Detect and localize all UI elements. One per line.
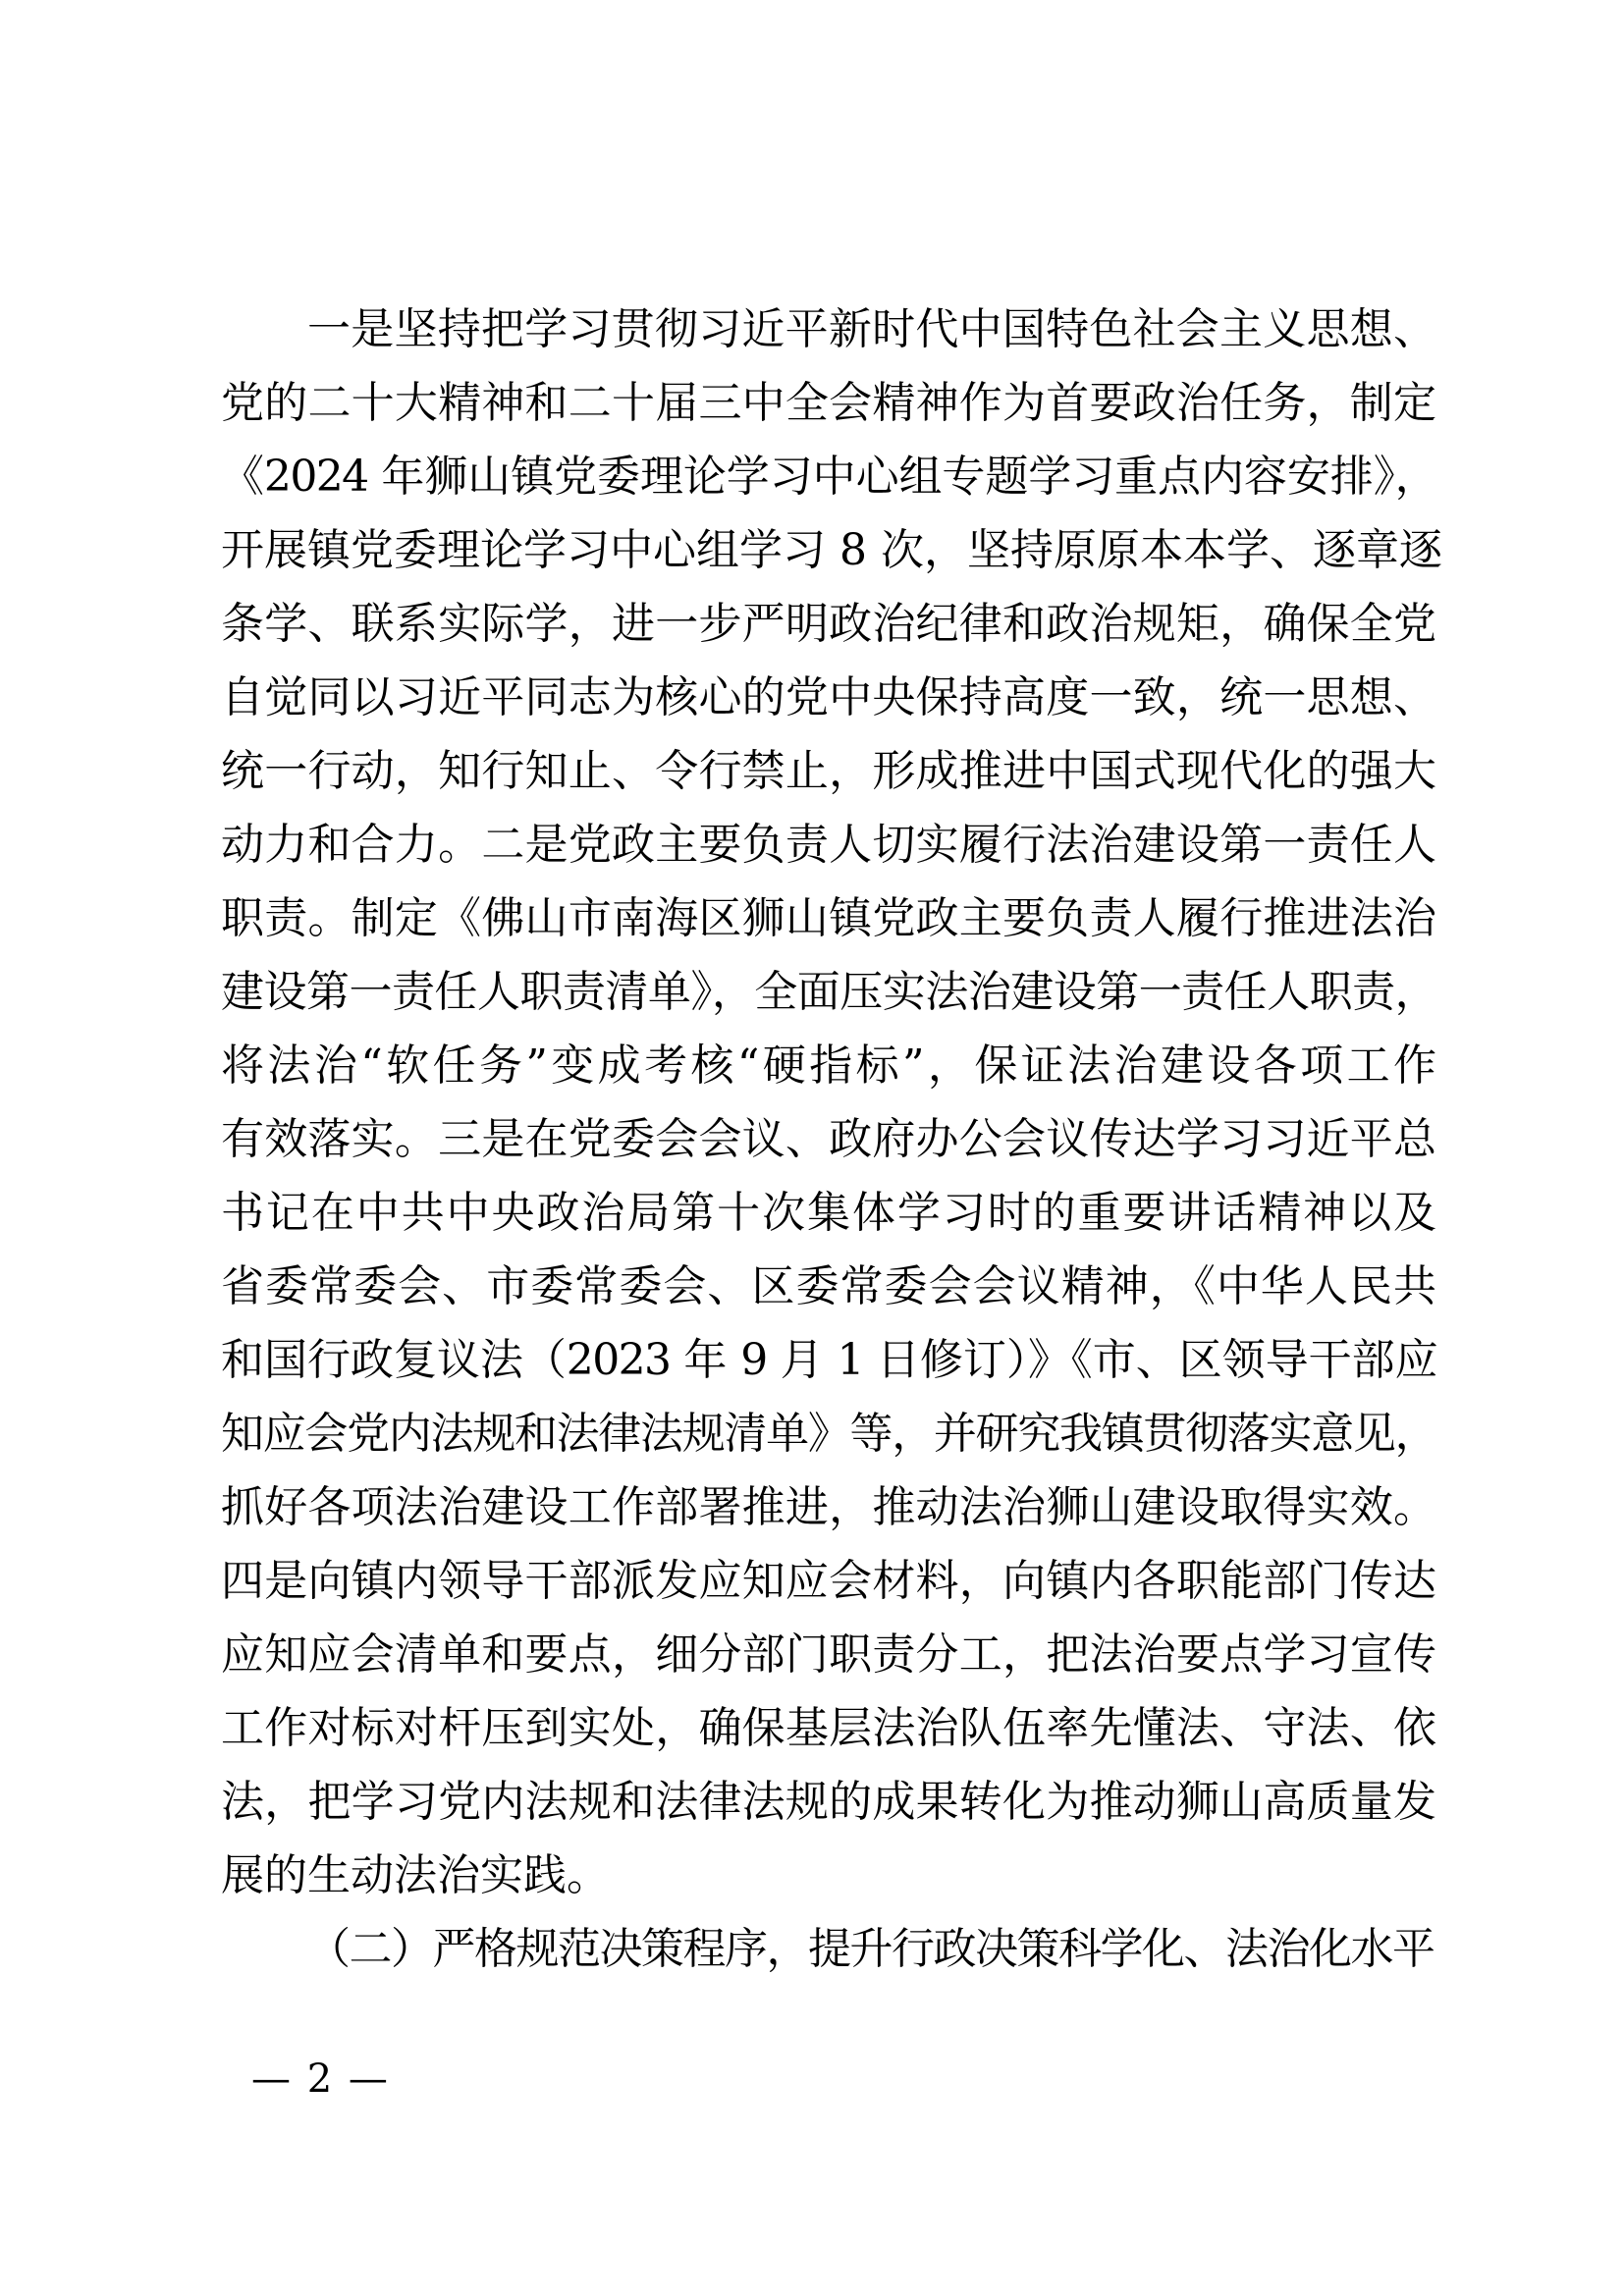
body-line: 展的生动法治实践。 [221,1839,1436,1912]
document-page: 一是坚持把学习贯彻习近平新时代中国特色社会主义思想、 党的二十大精神和二十届三中… [0,0,1624,2296]
body-line: 开展镇党委理论学习中心组学习 8 次，坚持原原本本学、逐章逐 [221,513,1436,587]
body-line: 《2024 年狮山镇党委理论学习中心组专题学习重点内容安排》， [221,440,1436,513]
body-line: 知应会党内法规和法律法规清单》等，并研究我镇贯彻落实意见， [221,1397,1436,1470]
body-line: 抓好各项法治建设工作部署推进，推动法治狮山建设取得实效。 [221,1470,1436,1544]
body-line: 党的二十大精神和二十届三中全会精神作为首要政治任务，制定 [221,366,1436,440]
body-line: 一是坚持把学习贯彻习近平新时代中国特色社会主义思想、 [221,293,1436,366]
body-line: 法，把学习党内法规和法律法规的成果转化为推动狮山高质量发 [221,1765,1436,1839]
body-line: 统一行动，知行知止、令行禁止，形成推进中国式现代化的强大 [221,734,1436,808]
page-footer: — 2 — [251,2056,390,2103]
body-line: 将法治“软任务”变成考核“硬指标”，保证法治建设各项工作 [221,1029,1436,1102]
document-body: 一是坚持把学习贯彻习近平新时代中国特色社会主义思想、 党的二十大精神和二十届三中… [221,293,1436,1986]
page-number: — 2 — [251,2056,390,2102]
body-line: 四是向镇内领导干部派发应知应会材料，向镇内各职能部门传达 [221,1544,1436,1618]
body-line: 动力和合力。二是党政主要负责人切实履行法治建设第一责任人 [221,808,1436,881]
body-line: 自觉同以习近平同志为核心的党中央保持高度一致，统一思想、 [221,661,1436,734]
body-line: 有效落实。三是在党委会会议、政府办公会议传达学习习近平总 [221,1102,1436,1176]
body-line: 省委常委会、市委常委会、区委常委会会议精神，《中华人民共 [221,1250,1436,1323]
body-line: 应知应会清单和要点，细分部门职责分工，把法治要点学习宣传 [221,1618,1436,1691]
section-heading: （二）严格规范决策程序，提升行政决策科学化、法治化水平 [221,1912,1436,1986]
body-line: 条学、联系实际学，进一步严明政治纪律和政治规矩，确保全党 [221,587,1436,661]
body-line: 书记在中共中央政治局第十次集体学习时的重要讲话精神以及 [221,1176,1436,1250]
body-line: 职责。制定《佛山市南海区狮山镇党政主要负责人履行推进法治 [221,881,1436,955]
body-line: 工作对标对杆压到实处，确保基层法治队伍率先懂法、守法、依 [221,1691,1436,1765]
body-line: 建设第一责任人职责清单》，全面压实法治建设第一责任人职责， [221,955,1436,1029]
body-line: 和国行政复议法（2023 年 9 月 1 日修订）》《市、区领导干部应 [221,1323,1436,1397]
